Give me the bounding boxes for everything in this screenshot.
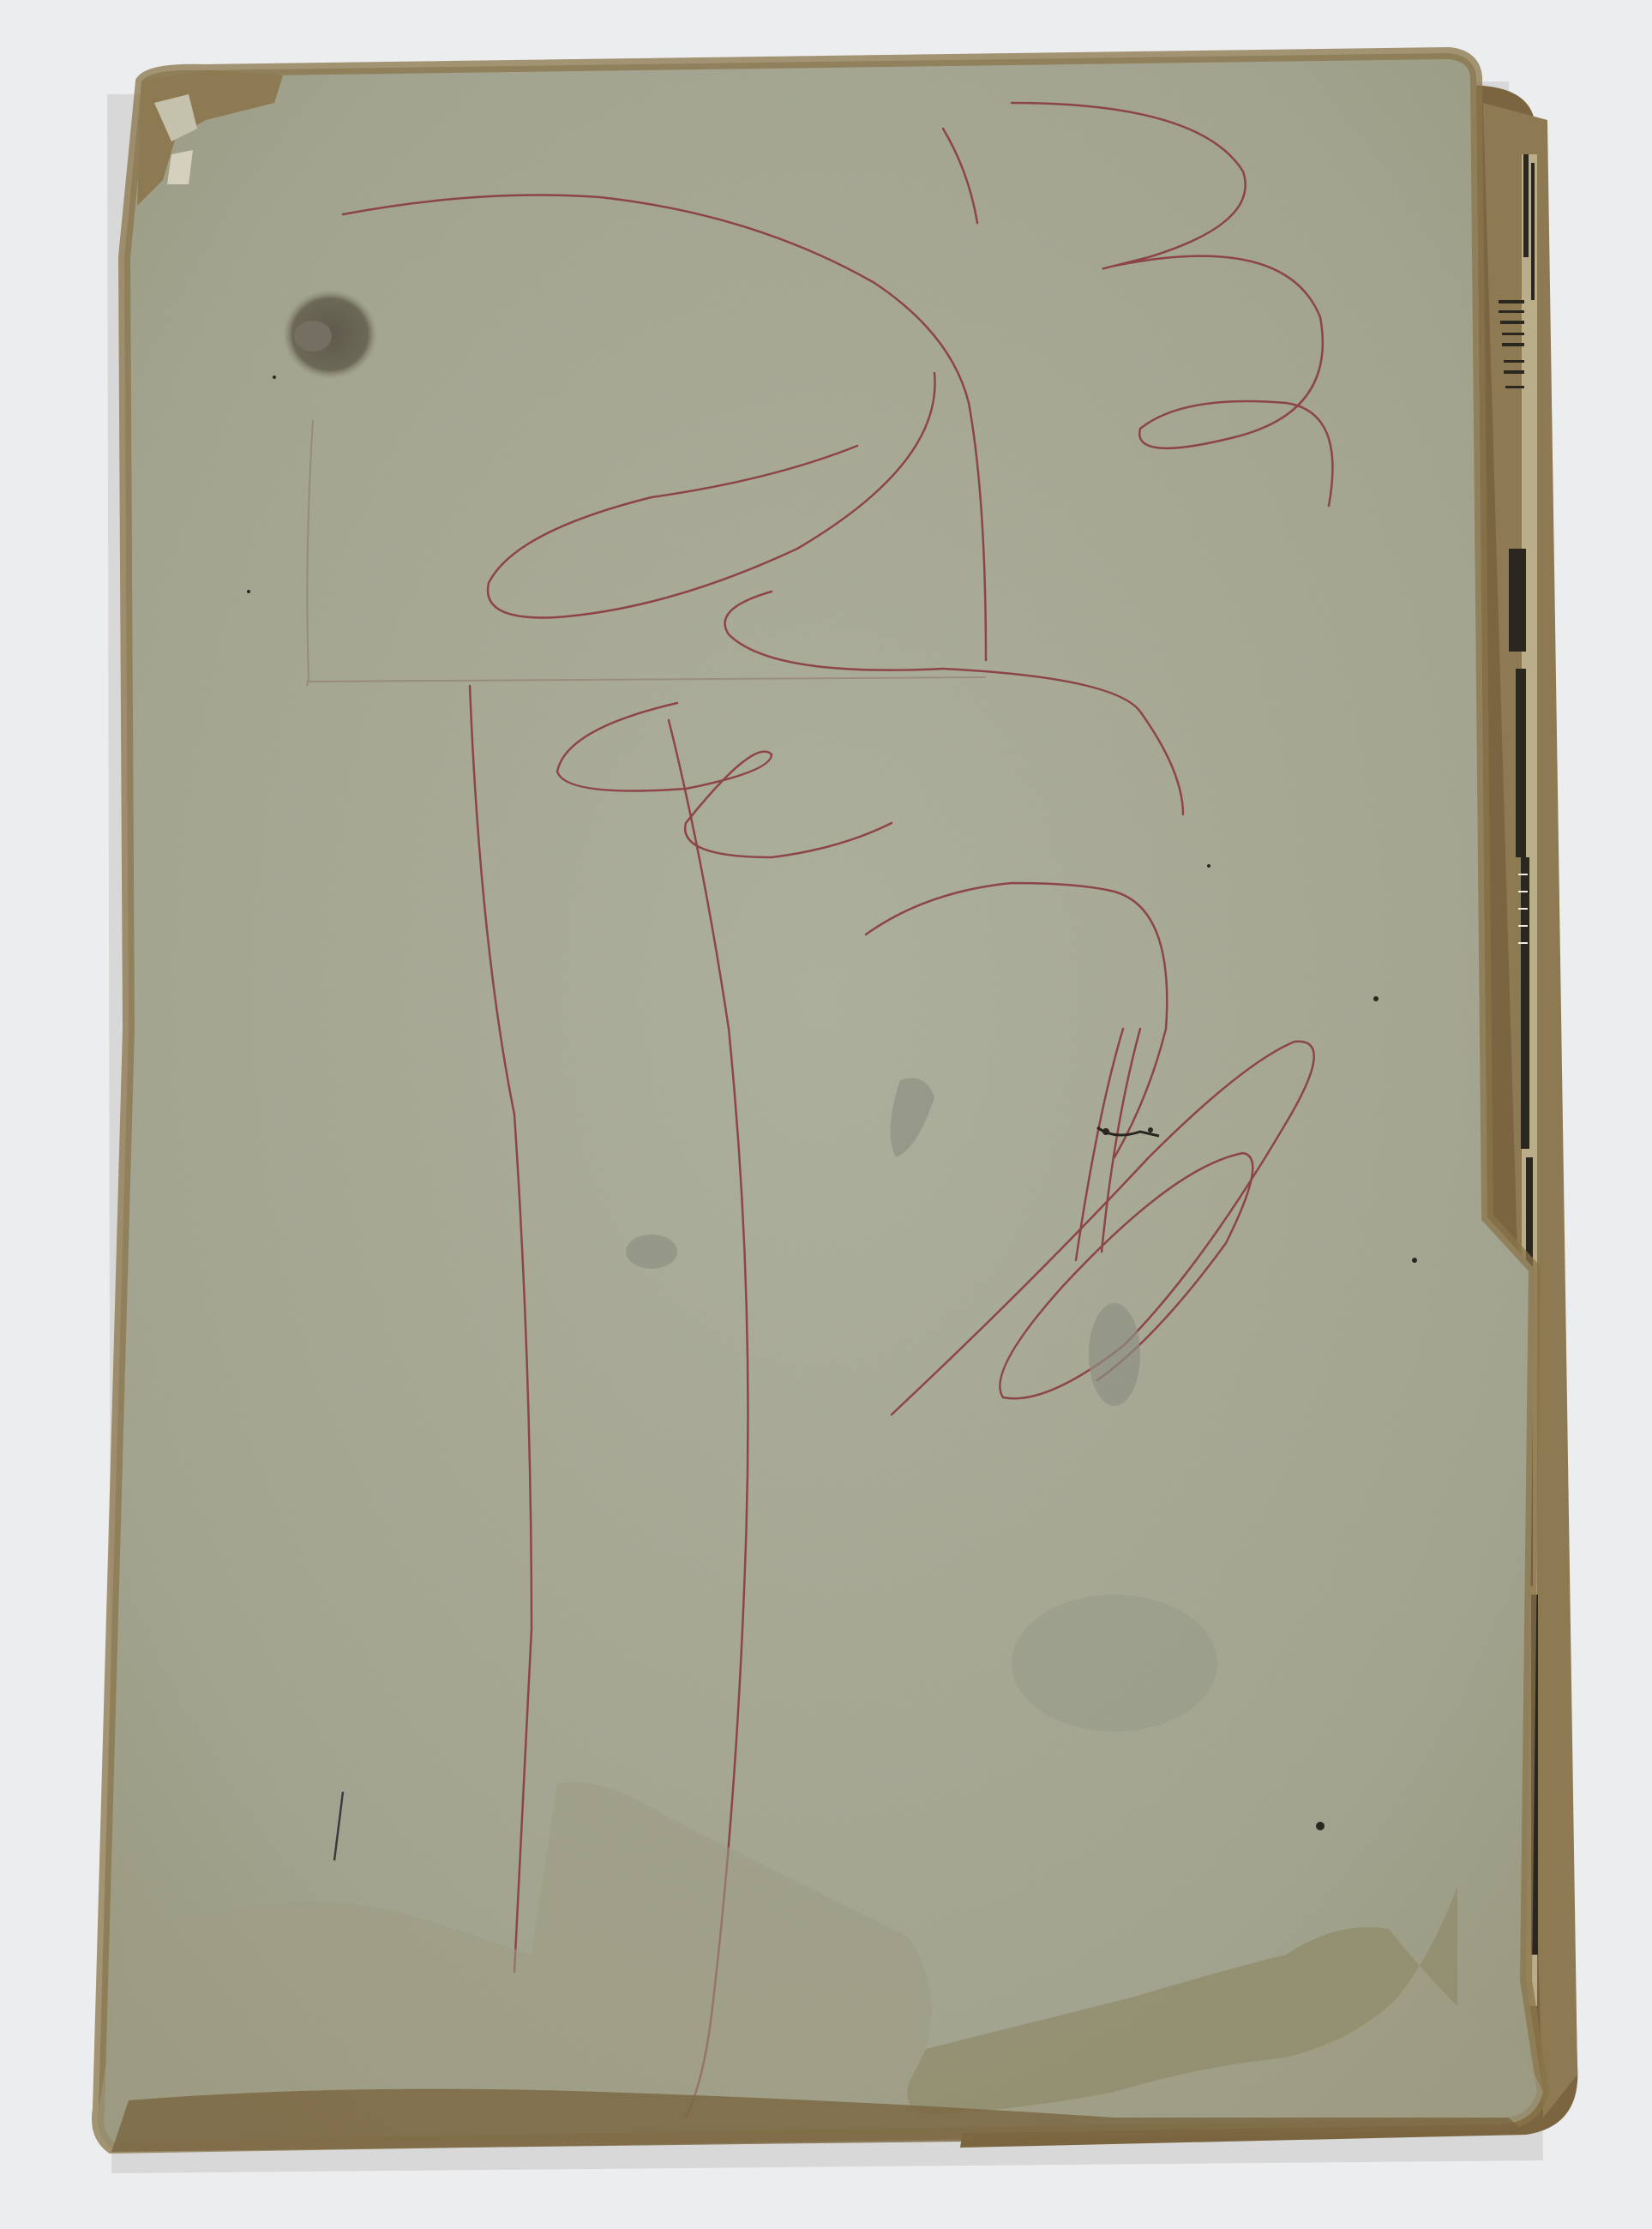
photo-scene <box>0 0 1652 2229</box>
book-photo <box>0 0 1652 2229</box>
